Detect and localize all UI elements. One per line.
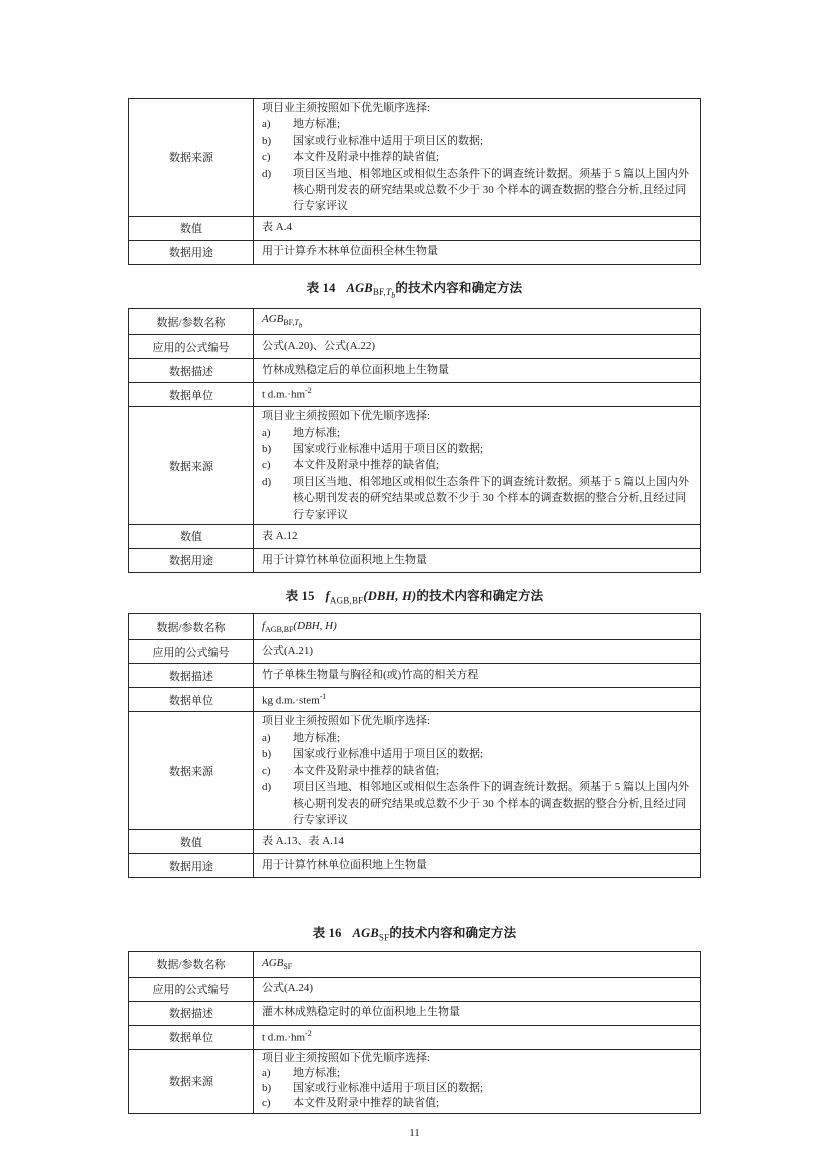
table-row: 数据/参数名称 AGBSF bbox=[129, 951, 701, 977]
source-cell: 项目业主须按照如下优先顺序选择: a) 地方标准; b) 国家或行业标准中适用于… bbox=[254, 407, 701, 525]
table-row: 数据描述 竹子单株生物量与胸径和(或)竹高的相关方程 bbox=[129, 664, 701, 688]
formula-cell: 公式(A.24) bbox=[254, 977, 701, 1001]
table-row: 数据来源 项目业主须按照如下优先顺序选择: a) 地方标准; b) 国家或行业标… bbox=[129, 712, 701, 830]
caption-text: 的技术内容和确定方法 bbox=[395, 281, 522, 295]
table-row: 数据用途 用于计算竹林单位面积地上生物量 bbox=[129, 548, 701, 572]
item-text: 国家或行业标准中适用于项目区的数据; bbox=[293, 746, 694, 762]
table-row: 数据/参数名称 AGBBF,Tb bbox=[129, 309, 701, 335]
row-label-description: 数据描述 bbox=[129, 664, 254, 688]
row-label-value: 数值 bbox=[129, 524, 254, 548]
row-label-source: 数据来源 bbox=[129, 1049, 254, 1113]
item-text: 国家或行业标准中适用于项目区的数据; bbox=[293, 441, 694, 457]
table-row: 数据单位 t d.m.·hm-2 bbox=[129, 1025, 701, 1049]
row-label-unit: 数据单位 bbox=[129, 1025, 254, 1049]
row-label-usage: 数据用途 bbox=[129, 548, 254, 572]
item-label: a) bbox=[262, 1066, 293, 1081]
row-label-name: 数据/参数名称 bbox=[129, 309, 254, 335]
item-text: 国家或行业标准中适用于项目区的数据; bbox=[293, 1081, 694, 1096]
priority-item-c: c) 本文件及附录中推荐的缺省值; bbox=[262, 457, 694, 473]
item-text: 地方标准; bbox=[293, 116, 694, 132]
item-text: 本文件及附录中推荐的缺省值; bbox=[293, 457, 694, 473]
usage-cell: 用于计算竹林单位面积地上生物量 bbox=[254, 548, 701, 572]
page-number: 11 bbox=[128, 1127, 701, 1139]
priority-item-c: c) 本文件及附录中推荐的缺省值; bbox=[262, 1096, 694, 1111]
item-text: 项目区当地、相邻地区或相似生态条件下的调查统计数据。须基于 5 篇以上国内外核心… bbox=[293, 166, 694, 215]
caption-number: 表 14 bbox=[307, 281, 336, 295]
item-text: 地方标准; bbox=[293, 1066, 694, 1081]
item-label: b) bbox=[262, 746, 293, 762]
value-cell: 表 A.4 bbox=[254, 216, 701, 240]
usage-cell: 用于计算乔木林单位面积全林生物量 bbox=[254, 240, 701, 264]
table-row: 应用的公式编号 公式(A.21) bbox=[129, 640, 701, 664]
row-label-description: 数据描述 bbox=[129, 1001, 254, 1025]
caption-formula: fAGB,BF(DBH, H) bbox=[326, 589, 417, 603]
item-text: 本文件及附录中推荐的缺省值; bbox=[293, 1096, 694, 1111]
row-label-source: 数据来源 bbox=[129, 407, 254, 525]
priority-item-d: d) 项目区当地、相邻地区或相似生态条件下的调查统计数据。须基于 5 篇以上国内… bbox=[262, 779, 694, 828]
item-text: 本文件及附录中推荐的缺省值; bbox=[293, 763, 694, 779]
table-row: 应用的公式编号 公式(A.24) bbox=[129, 977, 701, 1001]
row-label-unit: 数据单位 bbox=[129, 383, 254, 407]
table-row: 数据来源 项目业主须按照如下优先顺序选择: a) 地方标准; b) 国家或行业标… bbox=[129, 1049, 701, 1113]
row-label-source: 数据来源 bbox=[129, 99, 254, 217]
priority-intro: 项目业主须按照如下优先顺序选择: bbox=[262, 100, 694, 116]
item-label: c) bbox=[262, 457, 293, 473]
param-name-cell: AGBBF,Tb bbox=[254, 309, 701, 335]
priority-item-a: a) 地方标准; bbox=[262, 1066, 694, 1081]
unit-cell: t d.m.·hm-2 bbox=[254, 1025, 701, 1049]
table-row: 数据单位 t d.m.·hm-2 bbox=[129, 383, 701, 407]
source-cell: 项目业主须按照如下优先顺序选择: a) 地方标准; b) 国家或行业标准中适用于… bbox=[254, 712, 701, 830]
priority-item-c: c) 本文件及附录中推荐的缺省值; bbox=[262, 763, 694, 779]
item-label: a) bbox=[262, 425, 293, 441]
param-name-cell: fAGB,BF(DBH, H) bbox=[254, 614, 701, 640]
table-15: 数据/参数名称 fAGB,BF(DBH, H) 应用的公式编号 公式(A.21)… bbox=[128, 613, 701, 878]
caption-number: 表 15 bbox=[286, 589, 315, 603]
row-label-source: 数据来源 bbox=[129, 712, 254, 830]
table-row: 数据来源 项目业主须按照如下优先顺序选择: a) 地方标准; b) 国家或行业标… bbox=[129, 407, 701, 525]
value-cell: 表 A.12 bbox=[254, 524, 701, 548]
table-row: 数值 表 A.4 bbox=[129, 216, 701, 240]
table-14-caption: 表 14AGBBF,Tb的技术内容和确定方法 bbox=[128, 278, 701, 300]
row-label-formula: 应用的公式编号 bbox=[129, 335, 254, 359]
row-label-value: 数值 bbox=[129, 830, 254, 854]
description-cell: 竹林成熟稳定后的单位面积地上生物量 bbox=[254, 359, 701, 383]
description-cell: 竹子单株生物量与胸径和(或)竹高的相关方程 bbox=[254, 664, 701, 688]
row-label-description: 数据描述 bbox=[129, 359, 254, 383]
priority-intro: 项目业主须按照如下优先顺序选择: bbox=[262, 713, 694, 729]
row-label-value: 数值 bbox=[129, 216, 254, 240]
item-label: b) bbox=[262, 1081, 293, 1096]
table-row: 应用的公式编号 公式(A.20)、公式(A.22) bbox=[129, 335, 701, 359]
row-label-name: 数据/参数名称 bbox=[129, 614, 254, 640]
caption-text: 的技术内容和确定方法 bbox=[389, 926, 516, 940]
priority-item-d: d) 项目区当地、相邻地区或相似生态条件下的调查统计数据。须基于 5 篇以上国内… bbox=[262, 474, 694, 523]
priority-item-b: b) 国家或行业标准中适用于项目区的数据; bbox=[262, 133, 694, 149]
row-label-unit: 数据单位 bbox=[129, 688, 254, 712]
table-row: 数据用途 用于计算乔木林单位面积全林生物量 bbox=[129, 240, 701, 264]
table-row: 数据描述 竹林成熟稳定后的单位面积地上生物量 bbox=[129, 359, 701, 383]
item-text: 国家或行业标准中适用于项目区的数据; bbox=[293, 133, 694, 149]
table-row: 数据用途 用于计算竹林单位面积地上生物量 bbox=[129, 854, 701, 878]
caption-number: 表 16 bbox=[313, 926, 342, 940]
row-label-formula: 应用的公式编号 bbox=[129, 640, 254, 664]
table-continued: 数据来源 项目业主须按照如下优先顺序选择: a) 地方标准; b) 国家或行业标… bbox=[128, 98, 701, 265]
item-label: a) bbox=[262, 730, 293, 746]
table-row: 数据来源 项目业主须按照如下优先顺序选择: a) 地方标准; b) 国家或行业标… bbox=[129, 99, 701, 217]
row-label-formula: 应用的公式编号 bbox=[129, 977, 254, 1001]
priority-item-a: a) 地方标准; bbox=[262, 425, 694, 441]
priority-item-a: a) 地方标准; bbox=[262, 116, 694, 132]
table-16-caption: 表 16AGBSF的技术内容和确定方法 bbox=[128, 923, 701, 943]
item-label: d) bbox=[262, 779, 293, 828]
table-14: 数据/参数名称 AGBBF,Tb 应用的公式编号 公式(A.20)、公式(A.2… bbox=[128, 308, 701, 573]
item-label: c) bbox=[262, 1096, 293, 1111]
table-15-caption: 表 15fAGB,BF(DBH, H)的技术内容和确定方法 bbox=[128, 586, 701, 606]
priority-item-b: b) 国家或行业标准中适用于项目区的数据; bbox=[262, 746, 694, 762]
priority-item-d: d) 项目区当地、相邻地区或相似生态条件下的调查统计数据。须基于 5 篇以上国内… bbox=[262, 166, 694, 215]
caption-formula: AGBSF bbox=[353, 926, 390, 940]
param-name-cell: AGBSF bbox=[254, 951, 701, 977]
row-label-usage: 数据用途 bbox=[129, 854, 254, 878]
item-label: d) bbox=[262, 166, 293, 215]
source-cell: 项目业主须按照如下优先顺序选择: a) 地方标准; b) 国家或行业标准中适用于… bbox=[254, 99, 701, 217]
item-text: 项目区当地、相邻地区或相似生态条件下的调查统计数据。须基于 5 篇以上国内外核心… bbox=[293, 474, 694, 523]
priority-intro: 项目业主须按照如下优先顺序选择: bbox=[262, 408, 694, 424]
item-label: b) bbox=[262, 133, 293, 149]
item-text: 项目区当地、相邻地区或相似生态条件下的调查统计数据。须基于 5 篇以上国内外核心… bbox=[293, 779, 694, 828]
table-row: 数据描述 灌木林成熟稳定时的单位面积地上生物量 bbox=[129, 1001, 701, 1025]
priority-item-b: b) 国家或行业标准中适用于项目区的数据; bbox=[262, 441, 694, 457]
source-cell-truncated: 项目业主须按照如下优先顺序选择: a) 地方标准; b) 国家或行业标准中适用于… bbox=[254, 1049, 701, 1113]
row-label-name: 数据/参数名称 bbox=[129, 951, 254, 977]
formula-cell: 公式(A.21) bbox=[254, 640, 701, 664]
description-cell: 灌木林成熟稳定时的单位面积地上生物量 bbox=[254, 1001, 701, 1025]
unit-cell: kg d.m.·stem-1 bbox=[254, 688, 701, 712]
item-label: d) bbox=[262, 474, 293, 523]
item-text: 本文件及附录中推荐的缺省值; bbox=[293, 149, 694, 165]
item-label: c) bbox=[262, 149, 293, 165]
page-content: 数据来源 项目业主须按照如下优先顺序选择: a) 地方标准; b) 国家或行业标… bbox=[128, 0, 701, 1139]
value-cell: 表 A.13、表 A.14 bbox=[254, 830, 701, 854]
priority-item-b: b) 国家或行业标准中适用于项目区的数据; bbox=[262, 1081, 694, 1096]
item-label: c) bbox=[262, 763, 293, 779]
table-row: 数据/参数名称 fAGB,BF(DBH, H) bbox=[129, 614, 701, 640]
table-row: 数值 表 A.12 bbox=[129, 524, 701, 548]
caption-text: 的技术内容和确定方法 bbox=[416, 589, 543, 603]
document-page: 数据来源 项目业主须按照如下优先顺序选择: a) 地方标准; b) 国家或行业标… bbox=[0, 0, 826, 1169]
priority-item-c: c) 本文件及附录中推荐的缺省值; bbox=[262, 149, 694, 165]
item-text: 地方标准; bbox=[293, 425, 694, 441]
priority-item-a: a) 地方标准; bbox=[262, 730, 694, 746]
item-label: b) bbox=[262, 441, 293, 457]
caption-formula: AGBBF,Tb bbox=[347, 281, 396, 295]
item-text: 地方标准; bbox=[293, 730, 694, 746]
unit-cell: t d.m.·hm-2 bbox=[254, 383, 701, 407]
item-label: a) bbox=[262, 116, 293, 132]
priority-intro: 项目业主须按照如下优先顺序选择: bbox=[262, 1051, 694, 1066]
usage-cell: 用于计算竹林单位面积地上生物量 bbox=[254, 854, 701, 878]
table-row: 数值 表 A.13、表 A.14 bbox=[129, 830, 701, 854]
formula-cell: 公式(A.20)、公式(A.22) bbox=[254, 335, 701, 359]
row-label-usage: 数据用途 bbox=[129, 240, 254, 264]
table-row: 数据单位 kg d.m.·stem-1 bbox=[129, 688, 701, 712]
table-16: 数据/参数名称 AGBSF 应用的公式编号 公式(A.24) 数据描述 灌木林成… bbox=[128, 951, 701, 1114]
